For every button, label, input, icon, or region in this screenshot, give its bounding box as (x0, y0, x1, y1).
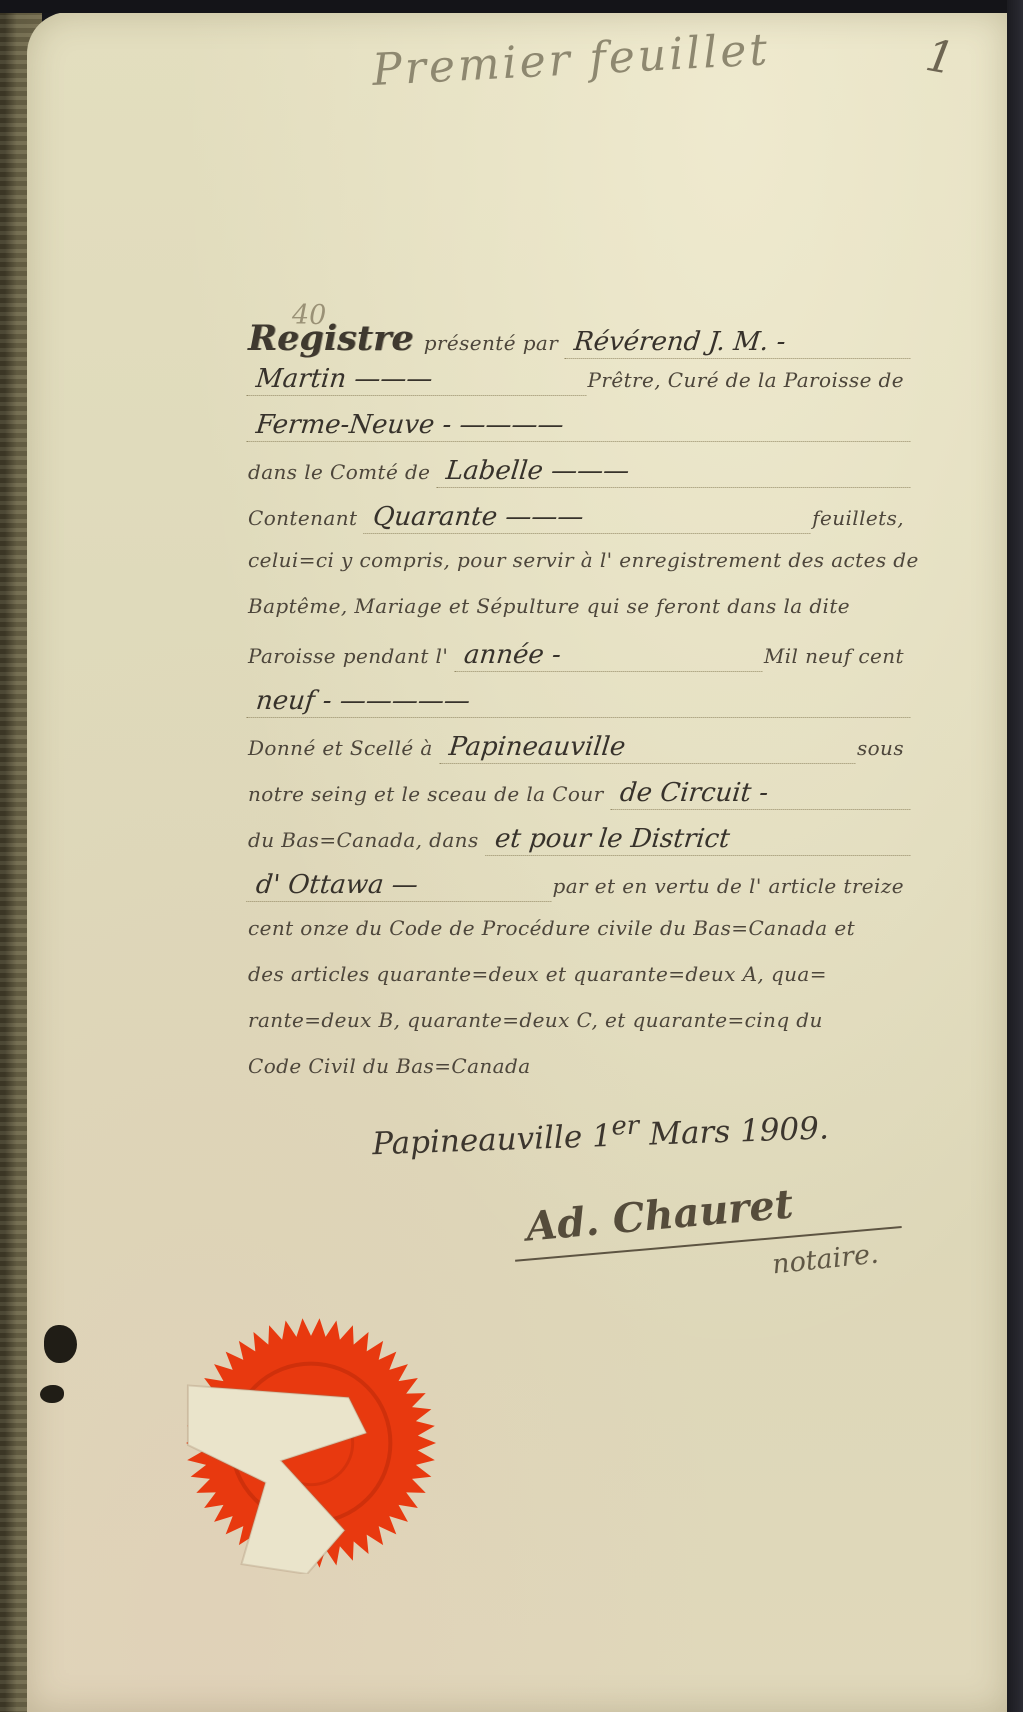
printed-form-text: Paroisse pendant l' (248, 644, 456, 668)
form-line: celui=ci y compris, pour servir à l' enr… (248, 548, 912, 594)
printed-form-text: Code Civil du Bas=Canada (248, 1054, 539, 1078)
handwritten-entry: d' Ottawa — (246, 870, 554, 902)
form-line: rante=deux B, quarante=deux C, et quaran… (248, 1008, 912, 1054)
form-line: cent onze du Code de Procédure civile du… (248, 916, 912, 962)
form-line: Ferme-Neuve - ———— (248, 410, 912, 456)
printed-form-text: présenté par (424, 331, 567, 355)
form-line: d' Ottawa —par et en vertu de l' article… (248, 870, 912, 916)
printed-form-text: rante=deux B, quarante=deux C, et quaran… (248, 1008, 831, 1032)
form-line: Baptême, Mariage et Sépulture qui se fer… (248, 594, 912, 640)
printed-form-text: Contenant (248, 506, 365, 530)
photo-right-edge (1007, 0, 1023, 1712)
handwritten-entry: et pour le District (485, 824, 914, 856)
form-line: Martin ———Prêtre, Curé de la Paroisse de (248, 364, 912, 410)
printed-form-text: par et en vertu de l' article treize (553, 874, 912, 898)
date-ordinal: er (611, 1111, 640, 1142)
scanned-register-page: Premier feuillet 1 40 Registreprésenté p… (0, 0, 1023, 1712)
printed-form-text: notre seing et le sceau de la Cour (248, 782, 612, 806)
form-line: neuf - ————— (248, 686, 912, 732)
date-rest: Mars 1909. (649, 1110, 830, 1152)
printed-form-text: Registre (248, 318, 424, 359)
punch-hole (44, 1325, 77, 1363)
form-line: Paroisse pendant l'année -Mil neuf cent (248, 640, 912, 686)
date-place: Papineauville (372, 1119, 583, 1162)
printed-form-text: Mil neuf cent (764, 644, 912, 668)
printed-form-text: dans le Comté de (248, 460, 438, 484)
printed-form-text: des articles quarante=deux et quarante=d… (248, 962, 835, 986)
handwritten-entry: Révérend J. M. - (565, 327, 914, 359)
form-line: dans le Comté deLabelle ——— (248, 456, 912, 502)
form-line: du Bas=Canada, danset pour le District (248, 824, 912, 870)
handwritten-entry: Martin ——— (246, 364, 589, 396)
form-line: ContenantQuarante ———feuillets, (248, 502, 912, 548)
printed-form-text: du Bas=Canada, dans (248, 828, 487, 852)
printed-form-text: cent onze du Code de Procédure civile du… (248, 916, 863, 940)
handwritten-entry: Ferme-Neuve - ———— (246, 410, 913, 442)
handwritten-entry: Quarante ——— (364, 502, 814, 534)
printed-form-text: Donné et Scellé à (248, 736, 441, 760)
printed-form-text: celui=ci y compris, pour servir à l' enr… (248, 548, 927, 572)
printed-form-text: Prêtre, Curé de la Paroisse de (588, 368, 912, 392)
printed-form-text: sous (857, 736, 912, 760)
handwritten-entry: neuf - ————— (246, 686, 913, 718)
photo-top-edge (0, 0, 1023, 13)
date-day: 1 (591, 1118, 612, 1155)
handwritten-entry: Labelle ——— (437, 456, 914, 488)
form-line: des articles quarante=deux et quarante=d… (248, 962, 912, 1008)
register-form: Registreprésenté parRévérend J. M. -Mart… (248, 318, 912, 1100)
handwritten-entry: de Circuit - (610, 778, 914, 810)
form-line: notre seing et le sceau de la Courde Cir… (248, 778, 912, 824)
handwritten-entry: Papineauville (439, 732, 859, 764)
printed-form-text: Baptême, Mariage et Sépulture qui se fer… (248, 594, 858, 618)
form-line: Registreprésenté parRévérend J. M. - (248, 318, 912, 364)
handwritten-entry: année - (455, 640, 766, 672)
punch-hole (40, 1385, 64, 1403)
form-line: Code Civil du Bas=Canada (248, 1054, 912, 1100)
notarial-seal-icon (182, 1312, 440, 1574)
form-line: Donné et Scellé àPapineauvillesous (248, 732, 912, 778)
printed-form-text: feuillets, (812, 506, 912, 530)
